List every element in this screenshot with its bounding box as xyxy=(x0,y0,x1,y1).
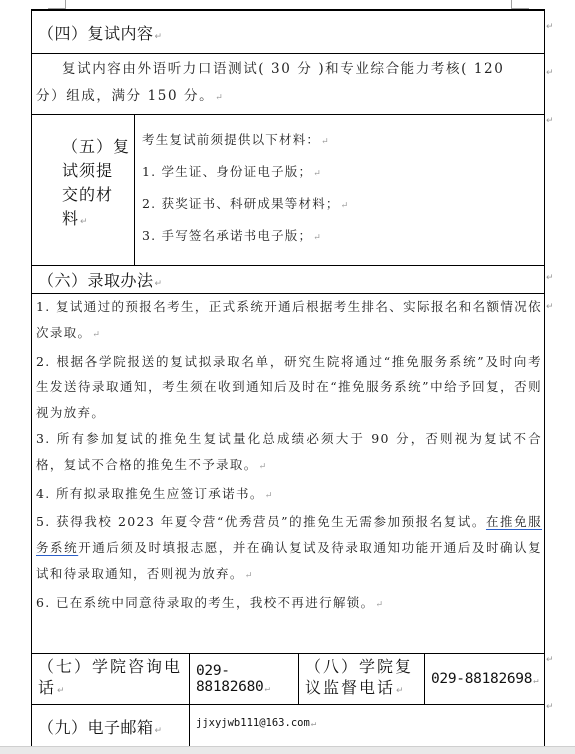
email-value: jjxyjwb111@163.com xyxy=(196,717,310,729)
section6-heading-text: （六）录取办法 xyxy=(38,271,154,290)
paragraph-mark-icon: ↵ xyxy=(546,68,554,78)
admission-rule-text: 3. 所有参加复试的推免生复试量化总成绩必须大于 90 分，否则视为复试不合格，… xyxy=(36,431,542,472)
paragraph-mark-icon: ↵ xyxy=(215,93,224,103)
section4-body-line2: 分）组成，满分 150 分。↵ xyxy=(36,83,541,112)
paragraph-mark-icon: ↵ xyxy=(155,279,163,289)
section4-heading-text: （四）复试内容 xyxy=(38,24,154,43)
admission-rule-text: 4. 所有拟录取推免生应签订承诺书。 xyxy=(36,486,264,501)
admission-rule-item: 5. 获得我校 2023 年夏令营“优秀营员”的推免生无需参加预报名复试。在推免… xyxy=(36,509,542,589)
section5-materials: 考生复试前须提供以下材料：↵ 1. 学生证、身份证电子版；↵ 2. 获奖证书、科… xyxy=(135,115,545,266)
paragraph-mark-icon: ↵ xyxy=(396,686,406,696)
section5-intro: 考生复试前须提供以下材料：↵ xyxy=(142,125,538,157)
paragraph-mark-icon: ↵ xyxy=(245,571,254,581)
section5-item: 1. 学生证、身份证电子版；↵ xyxy=(142,157,538,189)
admission-rule-text: 开通后须及时填报志愿，并在确认复试及待录取通知功能开通后及时确认复试和待录取通知… xyxy=(36,540,542,581)
crop-mark-left-vertical xyxy=(65,0,66,8)
review-phone: 029-88182698↵ xyxy=(425,654,545,705)
section4-body-line1-text: 复试内容由外语听力口语测试( 30 分 )和专业综合能力考核( 120 xyxy=(62,61,504,77)
admission-info-table: （四）复试内容↵ 复试内容由外语听力口语测试( 30 分 )和专业综合能力考核(… xyxy=(31,9,545,748)
paragraph-mark-icon: ↵ xyxy=(376,600,385,610)
admission-rule-text: 5. 获得我校 2023 年夏令营“优秀营员”的推免生无需参加预报名复试。 xyxy=(36,514,486,529)
paragraph-mark-icon: ↵ xyxy=(57,686,67,696)
section5-item: 2. 获奖证书、科研成果等材料；↵ xyxy=(142,189,538,221)
section6-heading: （六）录取办法↵ xyxy=(32,266,545,294)
paragraph-mark-icon: ↵ xyxy=(546,302,554,312)
admission-rule-item: 6. 已在系统中同意待录取的考生，我校不再进行解锁。↵ xyxy=(36,590,542,619)
page-bottom-edge xyxy=(0,746,575,754)
crop-mark-right-vertical xyxy=(511,0,512,8)
section9-label-text: （九）电子邮箱 xyxy=(38,718,154,737)
paragraph-mark-icon: ↵ xyxy=(546,702,554,712)
section5-row: （五）复 试须提 交的材 料↵ 考生复试前须提供以下材料：↵ 1. 学生证、身份… xyxy=(32,115,545,266)
section5-label-line: （五）复 xyxy=(62,135,130,159)
email-row: （九）电子邮箱↵ jjxyjwb111@163.com↵ xyxy=(32,705,545,748)
email-address: jjxyjwb111@163.com↵ xyxy=(190,705,545,748)
section6-body: 1. 复试通过的预报名考生，正式系统开通后根据考生排名、实际报名和名额情况依次录… xyxy=(32,294,545,654)
section4-body: 复试内容由外语听力口语测试( 30 分 )和专业综合能力考核( 120 分）组成… xyxy=(32,54,545,115)
section8-label: （八）学院复议监督电话↵ xyxy=(299,654,425,705)
paragraph-mark-icon: ↵ xyxy=(341,201,350,211)
section5-item-text: 2. 获奖证书、科研成果等材料； xyxy=(142,196,340,211)
section9-label: （九）电子邮箱↵ xyxy=(32,705,190,748)
review-phone-value: 029-88182698 xyxy=(431,671,532,687)
section5-item-text: 1. 学生证、身份证电子版； xyxy=(142,164,312,179)
paragraph-mark-icon: ↵ xyxy=(546,273,554,283)
admission-rule-item: 4. 所有拟录取推免生应签订承诺书。↵ xyxy=(36,481,542,510)
paragraph-mark-icon: ↵ xyxy=(546,116,554,126)
section7-label: （七）学院咨询电话↵ xyxy=(32,654,190,705)
section5-label-line: 交的材 xyxy=(62,183,130,207)
admission-rule-text: 2. 根据各学院报送的复试拟录取名单，研究生院将通过“推免服务系统”及时向考生发… xyxy=(36,354,542,421)
paragraph-mark-icon: ↵ xyxy=(313,233,322,243)
section4-heading-row: （四）复试内容↵ xyxy=(32,10,545,54)
paragraph-mark-icon: ↵ xyxy=(80,217,89,227)
section5-label-line: 试须提 xyxy=(62,159,130,183)
consult-phone-value: 029-88182680 xyxy=(196,663,263,695)
paragraph-mark-icon: ↵ xyxy=(311,719,316,729)
admission-rule-item: 1. 复试通过的预报名考生，正式系统开通后根据考生排名、实际报名和名额情况依次录… xyxy=(36,294,542,349)
paragraph-mark-icon: ↵ xyxy=(533,676,538,686)
section6-body-row: 1. 复试通过的预报名考生，正式系统开通后根据考生排名、实际报名和名额情况依次录… xyxy=(32,294,545,654)
section5-item: 3. 手写签名承诺书电子版；↵ xyxy=(142,221,538,253)
section5-intro-text: 考生复试前须提供以下材料： xyxy=(142,132,320,147)
section6-heading-row: （六）录取办法↵ xyxy=(32,266,545,294)
admission-rule-text: 6. 已在系统中同意待录取的考生，我校不再进行解锁。 xyxy=(36,595,375,610)
section4-body-line2-text: 分）组成，满分 150 分。 xyxy=(36,88,214,104)
section4-body-row: 复试内容由外语听力口语测试( 30 分 )和专业综合能力考核( 120 分）组成… xyxy=(32,54,545,115)
admission-rule-item: 2. 根据各学院报送的复试拟录取名单，研究生院将通过“推免服务系统”及时向考生发… xyxy=(36,349,542,426)
paragraph-mark-icon: ↵ xyxy=(313,169,322,179)
section5-label: （五）复 试须提 交的材 料↵ xyxy=(32,115,135,266)
admission-rule-item: 3. 所有参加复试的推免生复试量化总成绩必须大于 90 分，否则视为复试不合格，… xyxy=(36,426,542,481)
paragraph-mark-icon: ↵ xyxy=(546,22,554,32)
section5-label-line-text: 料 xyxy=(62,209,79,228)
paragraph-mark-icon: ↵ xyxy=(155,32,163,42)
paragraph-mark-icon: ↵ xyxy=(264,684,269,694)
admission-rule-text: 1. 复试通过的预报名考生，正式系统开通后根据考生排名、实际报名和名额情况依次录… xyxy=(36,299,542,340)
paragraph-mark-icon: ↵ xyxy=(259,462,268,472)
paragraph-mark-icon: ↵ xyxy=(265,491,274,501)
section4-heading: （四）复试内容↵ xyxy=(32,10,545,54)
paragraph-mark-icon: ↵ xyxy=(321,137,330,147)
section5-item-text: 3. 手写签名承诺书电子版； xyxy=(142,228,312,243)
section4-body-line1: 复试内容由外语听力口语测试( 30 分 )和专业综合能力考核( 120 xyxy=(36,56,541,83)
contact-phone-row: （七）学院咨询电话↵ 029-88182680↵ （八）学院复议监督电话↵ 02… xyxy=(32,654,545,705)
paragraph-mark-icon: ↵ xyxy=(92,330,101,340)
consult-phone: 029-88182680↵ xyxy=(190,654,299,705)
paragraph-mark-icon: ↵ xyxy=(155,726,163,736)
section5-label-line-last: 料↵ xyxy=(62,207,130,234)
paragraph-mark-icon: ↵ xyxy=(546,655,554,665)
